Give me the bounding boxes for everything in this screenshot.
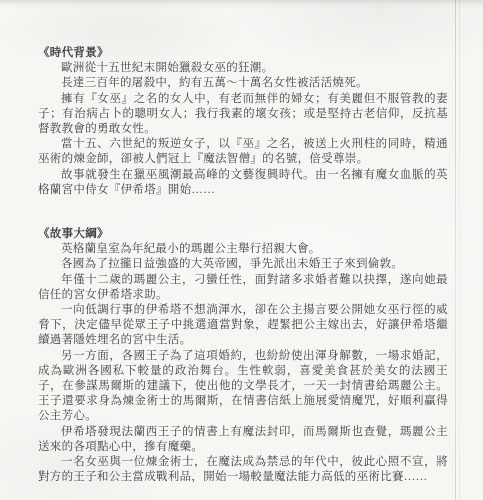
page-edge-line-faint (459, 0, 460, 500)
paragraph: 擁有『女巫』之名的女人中，有老而無伴的婦女；有美麗但不服管教的妻子；有治病占卜的… (38, 92, 448, 138)
paragraph: 年僅十二歲的瑪麗公主，刁蠻任性，面對諸多求婚者難以抉擇，遂向她最信任的宮女伊希塔… (38, 273, 448, 303)
paragraph: 一名女巫與一位煉金術士，在魔法成為禁忌的年代中，彼此心照不宣，將對方的王子和公主… (38, 455, 448, 485)
document-text-block: 《時代背景》 歐洲從十五世紀末開始獵殺女巫的狂潮。 長達三百年的屠殺中，約有五萬… (38, 46, 448, 485)
paragraph: 另一方面，各國王子為了這項婚約，也紛紛使出渾身解數，一場求婚記，成為歐洲各國私下… (38, 349, 448, 425)
section-story-outline: 《故事大綱》 英格蘭皇室為年紀最小的瑪麗公主舉行招親大會。 各國為了拉攏日益強盛… (38, 227, 448, 485)
paragraph: 長達三百年的屠殺中，約有五萬～十萬名女性被活活燒死。 (38, 76, 448, 91)
paragraph: 一向低調行事的伊希塔不想淌渾水，卻在公主揚言要公開她女巫行徑的威脅下，決定儘早從… (38, 303, 448, 349)
paragraph: 各國為了拉攏日益強盛的大英帝國，爭先派出未婚王子來到倫敦。 (38, 257, 448, 272)
paragraph: 故事就發生在獵巫風潮最高峰的文藝復興時代。由一名擁有魔女血脈的英格蘭宮中侍女『伊… (38, 168, 448, 198)
section-era-background: 《時代背景》 歐洲從十五世紀末開始獵殺女巫的狂潮。 長達三百年的屠殺中，約有五萬… (38, 46, 448, 198)
paragraph: 伊希塔發現法蘭西王子的情書上有魔法封印，而馬爾斯也查覺，瑪麗公主送來的各項點心中… (38, 425, 448, 455)
section-title-era-background: 《時代背景》 (38, 46, 448, 61)
paragraph: 當十五、六世紀的叛逆女子，以『巫』之名，被送上火刑柱的同時，精通巫術的煉金師，卻… (38, 137, 448, 167)
page-edge-line (455, 0, 456, 500)
paragraph: 英格蘭皇室為年紀最小的瑪麗公主舉行招親大會。 (38, 242, 448, 257)
paragraph: 歐洲從十五世紀末開始獵殺女巫的狂潮。 (38, 61, 448, 76)
section-title-story-outline: 《故事大綱》 (38, 227, 448, 242)
scanned-page: 《時代背景》 歐洲從十五世紀末開始獵殺女巫的狂潮。 長達三百年的屠殺中，約有五萬… (0, 0, 483, 500)
